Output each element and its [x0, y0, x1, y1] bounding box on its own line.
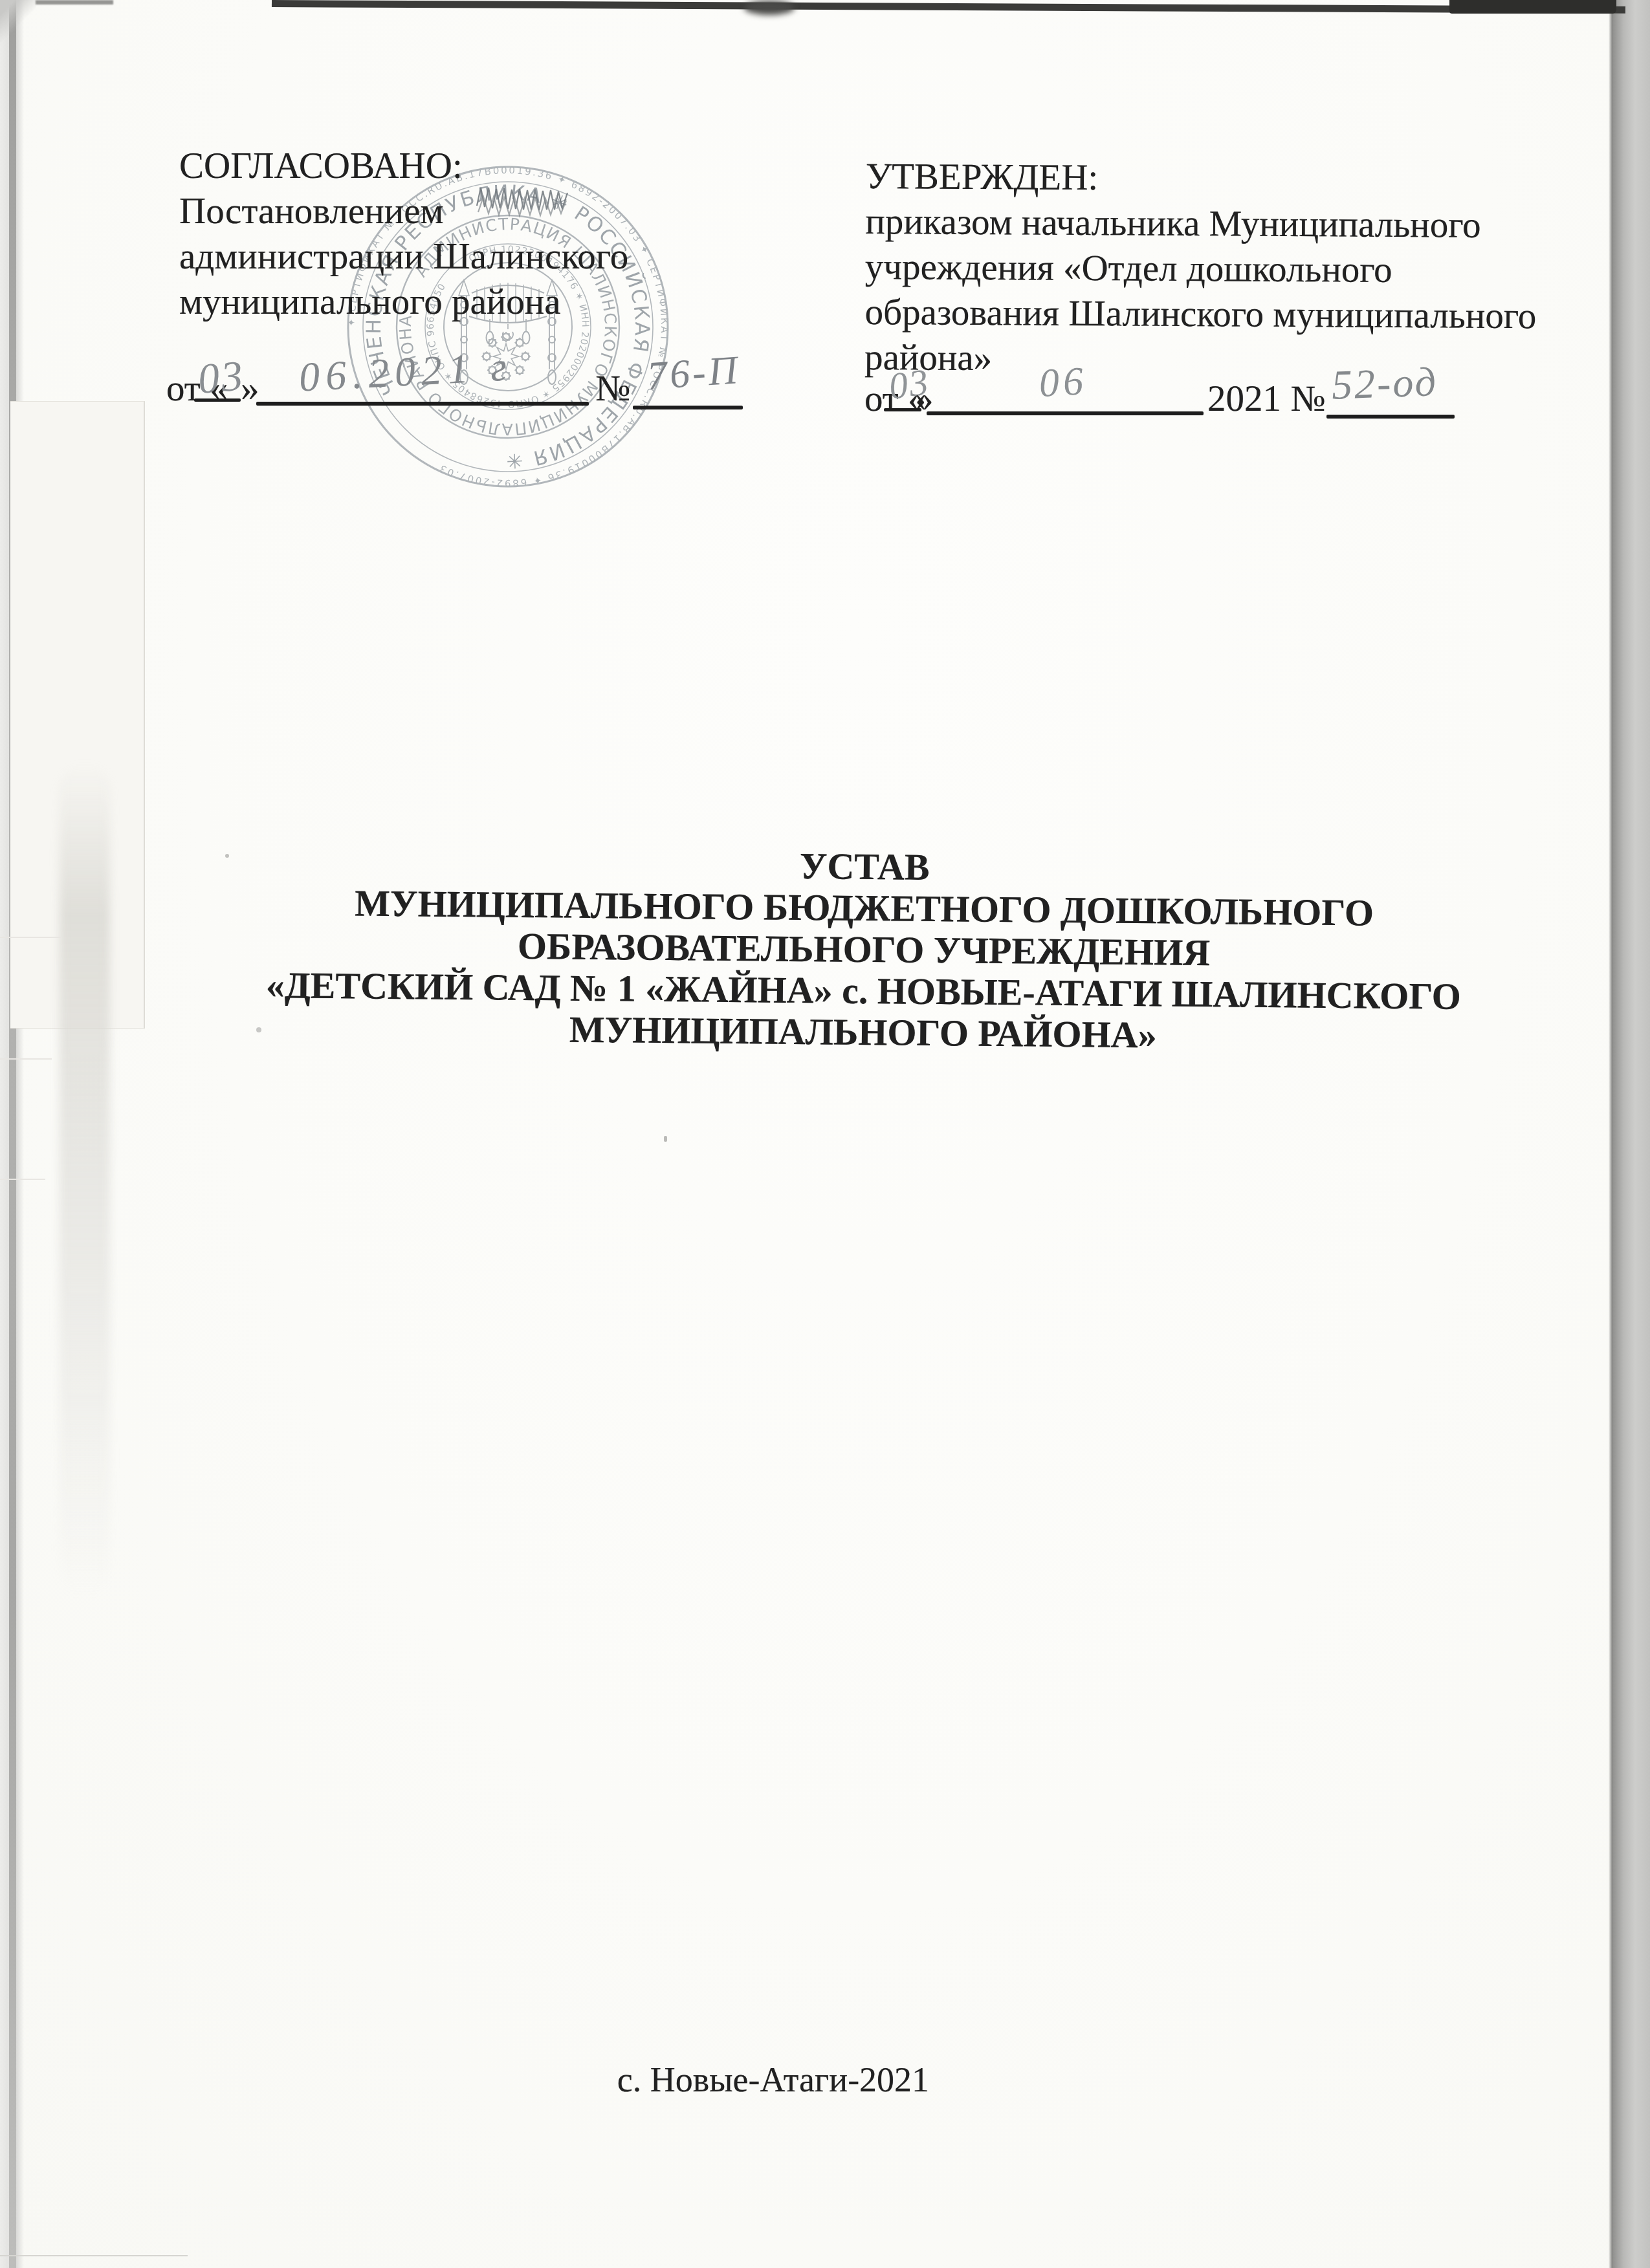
- scan-left-edge-line: [9, 0, 16, 2268]
- scan-smudge: [60, 763, 110, 1598]
- approval-block: СОГЛАСОВАНО: Постановлением администраци…: [179, 144, 628, 325]
- blank-underline: [194, 398, 241, 402]
- ink-speck: [225, 854, 229, 858]
- blank-underline: [256, 402, 589, 406]
- handwritten-number: 76-П: [646, 347, 742, 400]
- scan-left-band: [0, 0, 9, 2268]
- handwritten-month: 06: [1038, 358, 1088, 407]
- handwritten-number: 52-од: [1331, 358, 1438, 409]
- approved-heading: УТВЕРЖДЕН:: [866, 154, 1537, 203]
- approval-line: администрации Шалинского: [179, 234, 628, 279]
- approved-line: приказом начальника Муниципального: [865, 199, 1537, 248]
- approved-line: образования Шалинского муниципального: [864, 290, 1536, 339]
- blank-underline: [1326, 415, 1455, 419]
- year-no-text: 2021 №: [1207, 378, 1326, 419]
- approval-line: Постановлением: [179, 189, 628, 234]
- number-sign: №: [595, 366, 630, 411]
- ink-speck: [664, 1136, 667, 1142]
- blank-underline: [633, 406, 743, 409]
- no-sign-glyph: №: [595, 368, 630, 409]
- scan-left-soft-shadow: [16, 0, 24, 2268]
- paper-crease: [0, 937, 61, 938]
- blank-underline: [927, 411, 1204, 415]
- approval-line: муниципального района: [179, 279, 628, 325]
- emblem-crescent-hook: [503, 332, 513, 340]
- charter-title: УСТАВ МУНИЦИПАЛЬНОГО БЮДЖЕТНОГО ДОШКОЛЬН…: [242, 840, 1486, 1059]
- handwritten-day: 03: [196, 351, 247, 404]
- scan-top-left-dash: [36, 0, 113, 5]
- scan-right-band: [1612, 0, 1650, 2268]
- approved-block: УТВЕРЖДЕН: приказом начальника Муниципал…: [864, 154, 1537, 384]
- scan-bottom-left-line: [0, 2255, 188, 2256]
- scan-top-right-corner-bar: [1449, 0, 1616, 14]
- scan-top-left-corner-shadow: [0, 0, 36, 45]
- scan-top-blob: [744, 1, 795, 15]
- blank-underline: [884, 408, 921, 411]
- footer-place-year: с. Новые-Атаги-2021: [256, 2060, 1291, 2100]
- approved-line: учреждения «Отдел дошкольного: [865, 245, 1537, 294]
- scanned-charter-title-page: ✦ СЕРТИФИКАТ № РОСС.RU.АВ.17В00019.36 ✦ …: [0, 0, 1650, 2268]
- approval-heading: СОГЛАСОВАНО:: [179, 144, 628, 189]
- paper-crease: [0, 1058, 52, 1060]
- paper-crease: [0, 1179, 45, 1180]
- year-and-number-sign: 2021 №: [1207, 376, 1326, 422]
- scan-top-dark-line: [272, 0, 1625, 14]
